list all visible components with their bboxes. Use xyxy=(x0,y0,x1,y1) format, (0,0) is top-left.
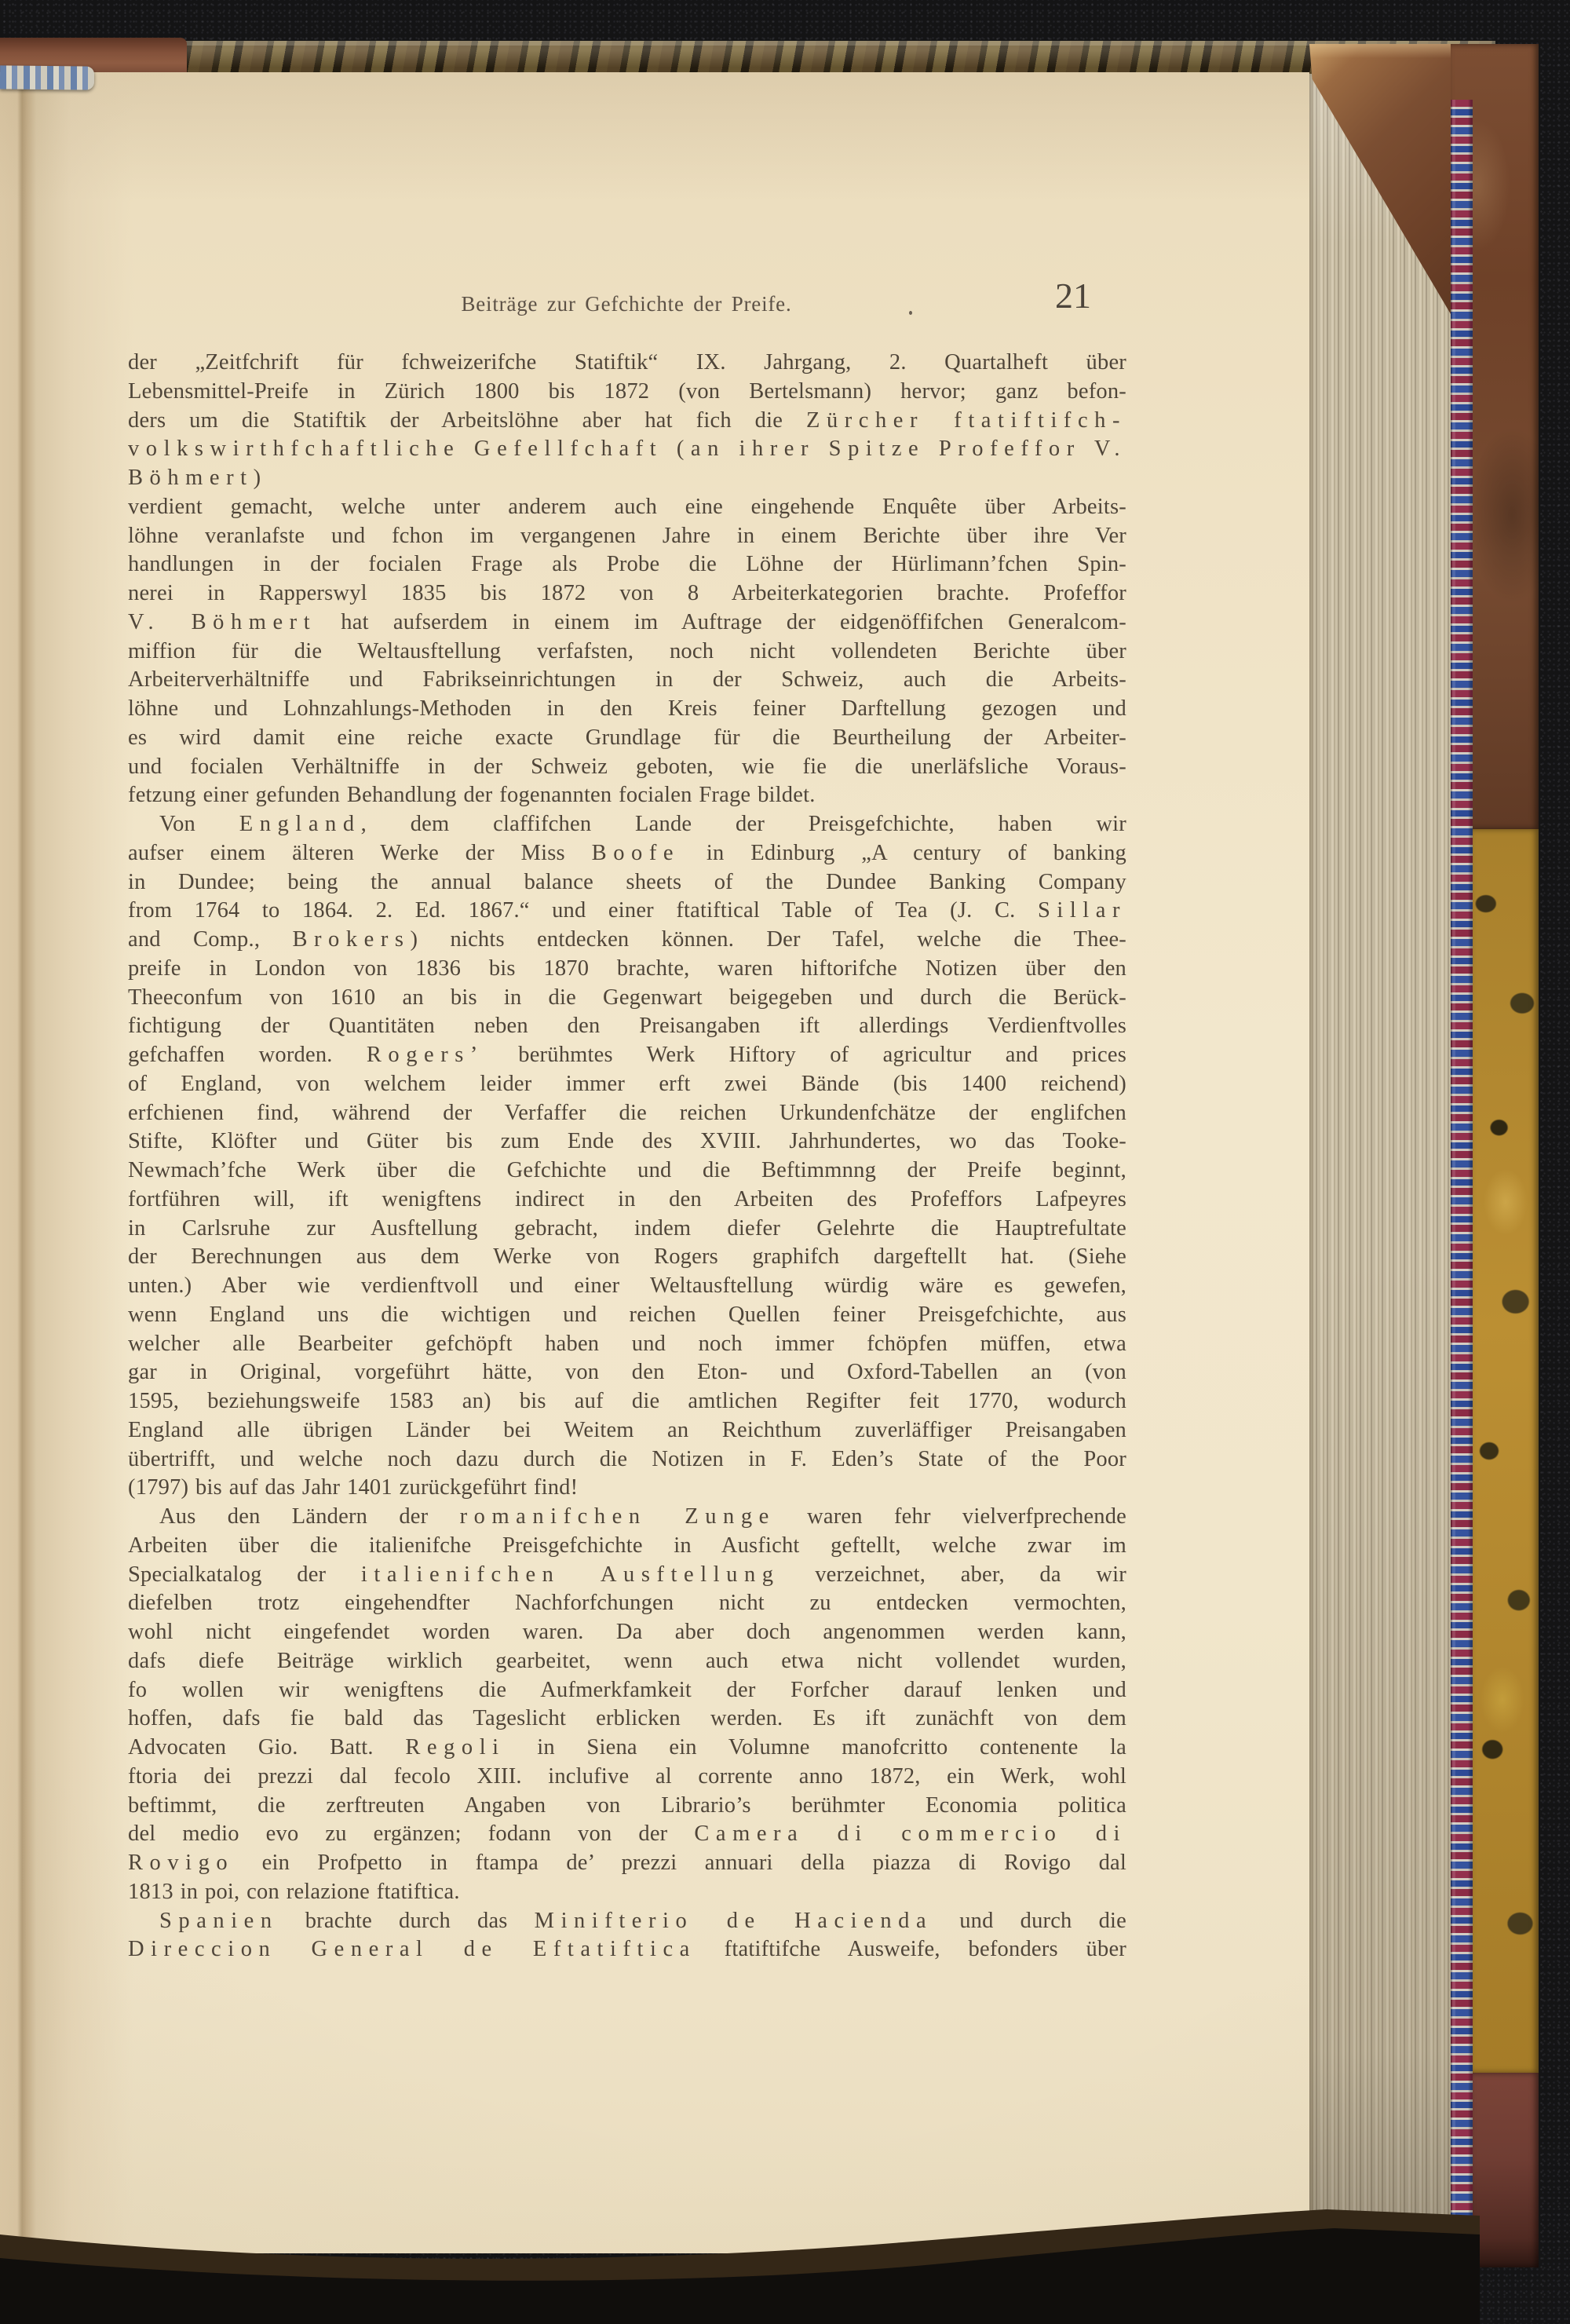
text-line: Specialkatalog der italienifchen Ausftel… xyxy=(128,1561,1126,1590)
running-header: Beiträge zur Gefchichte der Preife. xyxy=(128,292,1125,316)
text-line: nerei in Rapperswyl 1835 bis 1872 von 8 … xyxy=(128,579,1126,608)
letterspaced-text: volkswirthfchaftliche Gefellfchaft (an i… xyxy=(128,437,1126,490)
text-line: übertrifft, und welche noch dazu durch d… xyxy=(128,1445,1126,1474)
text-line: der „Zeitfchrift für fchweizerifche Stat… xyxy=(128,349,1126,378)
text-segment: Lebensmittel-Preife in Zürich 1800 bis 1… xyxy=(128,379,1126,404)
text-line: Von England, dem claffifchen Lande der P… xyxy=(128,810,1126,839)
text-segment: ftatiftifche Ausweife, befonders über xyxy=(696,1937,1126,1961)
text-segment: in Dundee; being the annual balance shee… xyxy=(128,870,1126,894)
text-line: del medio evo zu ergänzen; fodann von de… xyxy=(128,1820,1126,1849)
text-segment: Theeconfum von 1610 an bis in die Gegenw… xyxy=(128,985,1126,1010)
text-segment: ein Profpetto in ftampa de’ prezzi annua… xyxy=(234,1851,1126,1875)
text-line: Lebensmittel-Preife in Zürich 1800 bis 1… xyxy=(128,378,1126,407)
letterspaced-text: Direccion General de Eftatiftica xyxy=(128,1937,696,1961)
text-line: aufser einem älteren Werke der Miss Boof… xyxy=(128,839,1126,868)
text-line: welcher alle Bearbeiter gefchöpft haben … xyxy=(128,1330,1126,1359)
text-segment: hat aufserdem in einem im Auftrage der e… xyxy=(316,610,1126,634)
text-line: V. Böhmert hat aufserdem in einem im Auf… xyxy=(128,608,1126,638)
text-line: Advocaten Gio. Batt. Regoli in Siena ein… xyxy=(128,1734,1126,1763)
text-segment: beftimmt, die zerftreuten Angaben von Li… xyxy=(128,1793,1126,1818)
text-segment: of England, von welchem leider immer erf… xyxy=(128,1072,1126,1096)
text-line: of England, von welchem leider immer erf… xyxy=(128,1070,1126,1099)
text-segment: Advocaten Gio. Batt. xyxy=(128,1735,405,1759)
text-line: gefchaffen worden. Rogers’ berühmtes Wer… xyxy=(128,1041,1126,1070)
text-line: erfchienen find, während der Verfaffer d… xyxy=(128,1099,1126,1128)
text-line: preife in London von 1836 bis 1870 brach… xyxy=(128,955,1126,984)
text-segment: Stifte, Klöfter und Güter bis zum Ende d… xyxy=(128,1129,1126,1153)
fore-edge-pages xyxy=(1309,74,1451,2222)
text-line: löhne und Lohnzahlungs-Methoden in den K… xyxy=(128,695,1126,724)
text-segment: , dem claffifchen Lande der Preisgefchic… xyxy=(361,812,1126,836)
text-line: und focialen Verhältniffe in der Schweiz… xyxy=(128,753,1126,782)
text-line: 1813 in poi, con relazione ftatiftica. xyxy=(128,1878,1126,1907)
text-line: beftimmt, die zerftreuten Angaben von Li… xyxy=(128,1792,1126,1821)
text-line: Rovigo ein Profpetto in ftampa de’ prezz… xyxy=(128,1849,1126,1878)
letterspaced-text: Camera di commercio di xyxy=(694,1822,1126,1846)
text-segment: berühmtes Werk Hiftory of agricultur and… xyxy=(484,1043,1126,1067)
letterspaced-text: romanifchen Zunge xyxy=(460,1504,776,1529)
text-segment: and Comp., xyxy=(128,927,292,952)
text-line: Stifte, Klöfter und Güter bis zum Ende d… xyxy=(128,1127,1126,1157)
text-line: wohl nicht eingefendet worden waren. Da … xyxy=(128,1618,1126,1647)
text-segment: wenn England uns die wichtigen und reich… xyxy=(128,1303,1126,1327)
text-segment: Von xyxy=(159,812,239,836)
bottom-shadow xyxy=(0,2167,1570,2324)
text-segment: in Edinburg „A century of banking xyxy=(680,841,1126,865)
text-line: handlungen in der focialen Frage als Pro… xyxy=(128,550,1126,579)
text-line: fichtigung der Quantitäten neben den Pre… xyxy=(128,1012,1126,1041)
text-line: England alle übrigen Länder bei Weitem a… xyxy=(128,1416,1126,1445)
text-segment: aufser einem älteren Werke der Miss xyxy=(128,841,592,865)
text-segment: Arbeiterverhältniffe und Fabrikseinricht… xyxy=(128,667,1126,692)
text-line: 1595, beziehungsweife 1583 an) bis auf d… xyxy=(128,1387,1126,1416)
text-segment: und durch die xyxy=(933,1909,1126,1933)
text-line: der Berechnungen aus dem Werke von Roger… xyxy=(128,1243,1126,1272)
text-segment: gar in Original, vorgeführt hätte, von d… xyxy=(128,1360,1126,1384)
text-segment: es wird damit eine reiche exacte Grundla… xyxy=(128,725,1126,750)
text-line: from 1764 to 1864. 2. Ed. 1867.“ und ein… xyxy=(128,897,1126,926)
text-segment: fetzung einer gefunden Behandlung der fo… xyxy=(128,783,816,807)
text-segment: (1797) bis auf das Jahr 1401 zurückgefüh… xyxy=(128,1475,578,1500)
text-segment: erfchienen find, während der Verfaffer d… xyxy=(128,1101,1126,1125)
text-segment: übertrifft, und welche noch dazu durch d… xyxy=(128,1447,1126,1471)
text-segment: fichtigung der Quantitäten neben den Pre… xyxy=(128,1014,1126,1038)
letterspaced-text: Sillar xyxy=(1038,898,1126,923)
letterspaced-text: V. Böhmert xyxy=(128,610,316,634)
text-segment: dafs diefe Beiträge wirklich gearbeitet,… xyxy=(128,1649,1126,1673)
cover-board-marbled xyxy=(1473,829,1539,2073)
text-line: Arbeiten über die italienifche Preisgefc… xyxy=(128,1532,1126,1561)
text-segment: ders um die Statiftik der Arbeitslöhne a… xyxy=(128,408,806,433)
letterspaced-text: Rovigo xyxy=(128,1851,234,1875)
letterspaced-text: Brokers xyxy=(292,927,410,952)
text-line: fortführen will, ift wenigftens indirect… xyxy=(128,1186,1126,1215)
text-line: diefelben trotz eingehendfter Nachforfch… xyxy=(128,1589,1126,1618)
text-segment: waren fehr vielverfprechende xyxy=(776,1504,1126,1529)
text-segment: ) nichts entdecken können. Der Tafel, we… xyxy=(411,927,1126,952)
text-segment: wohl nicht eingefendet worden waren. Da … xyxy=(128,1620,1126,1644)
text-segment: fo wollen wir wenigftens die Aufmerkfamk… xyxy=(128,1678,1126,1702)
text-segment: löhne und Lohnzahlungs-Methoden in den K… xyxy=(128,696,1126,721)
letterspaced-text: Regoli xyxy=(405,1735,505,1759)
text-segment: in Siena ein Volumne manofcritto contene… xyxy=(506,1735,1126,1759)
text-segment: verdient gemacht, welche unter anderem a… xyxy=(128,495,1126,519)
text-line: fo wollen wir wenigftens die Aufmerkfamk… xyxy=(128,1676,1126,1705)
text-line: dafs diefe Beiträge wirklich gearbeitet,… xyxy=(128,1647,1126,1676)
text-segment: unten.) Aber wie verdienftvoll und einer… xyxy=(128,1273,1126,1298)
text-line: and Comp., Brokers) nichts entdecken kön… xyxy=(128,926,1126,955)
text-line: ders um die Statiftik der Arbeitslöhne a… xyxy=(128,407,1126,436)
letterspaced-text: Boofe xyxy=(592,841,680,865)
text-line: in Carlsruhe zur Ausftellung gebracht, i… xyxy=(128,1215,1126,1244)
text-segment: Aus den Ländern der xyxy=(159,1504,460,1529)
text-segment: der „Zeitfchrift für fchweizerifche Stat… xyxy=(128,350,1126,375)
text-line: fetzung einer gefunden Behandlung der fo… xyxy=(128,781,1126,810)
text-segment: England alle übrigen Länder bei Weitem a… xyxy=(128,1418,1126,1442)
text-segment: hoffen, dafs fie bald das Tageslicht erb… xyxy=(128,1706,1126,1730)
text-segment: del medio evo zu ergänzen; fodann von de… xyxy=(128,1822,694,1846)
text-line: (1797) bis auf das Jahr 1401 zurückgefüh… xyxy=(128,1474,1126,1503)
text-line: Newmach’fche Werk über die Gefchichte un… xyxy=(128,1157,1126,1186)
text-segment: der Berechnungen aus dem Werke von Roger… xyxy=(128,1244,1126,1269)
text-segment: handlungen in der focialen Frage als Pro… xyxy=(128,552,1126,576)
letterspaced-text: Rogers’ xyxy=(367,1043,484,1067)
text-segment: 1813 in poi, con relazione ftatiftica. xyxy=(128,1880,460,1904)
text-segment: löhne veranlafste und fchon im vergangen… xyxy=(128,524,1126,548)
text-line: Theeconfum von 1610 an bis in die Gegenw… xyxy=(128,984,1126,1013)
text-segment: 1595, beziehungsweife 1583 an) bis auf d… xyxy=(128,1389,1126,1413)
marbled-fly-edge xyxy=(1451,100,1473,2216)
text-segment: Newmach’fche Werk über die Gefchichte un… xyxy=(128,1158,1126,1182)
text-segment: diefelben trotz eingehendfter Nachforfch… xyxy=(128,1591,1126,1615)
text-line: es wird damit eine reiche exacte Grundla… xyxy=(128,724,1126,753)
text-line: ftoria dei prezzi dal fecolo XIII. inclu… xyxy=(128,1763,1126,1792)
text-line: Arbeiterverhältniffe und Fabrikseinricht… xyxy=(128,666,1126,695)
text-line: Aus den Ländern der romanifchen Zunge wa… xyxy=(128,1503,1126,1532)
page-number: 21 xyxy=(1022,275,1124,316)
text-line: volkswirthfchaftliche Gefellfchaft (an i… xyxy=(128,435,1126,493)
text-segment: miffion für die Weltausftellung verfafst… xyxy=(128,639,1126,663)
headband xyxy=(0,65,94,90)
text-segment: nerei in Rapperswyl 1835 bis 1872 von 8 … xyxy=(128,581,1126,605)
text-segment: brachte durch das xyxy=(279,1909,535,1933)
text-line: gar in Original, vorgeführt hätte, von d… xyxy=(128,1358,1126,1387)
text-segment: ftoria dei prezzi dal fecolo XIII. inclu… xyxy=(128,1764,1126,1789)
text-line: hoffen, dafs fie bald das Tageslicht erb… xyxy=(128,1705,1126,1734)
text-segment: preife in London von 1836 bis 1870 brach… xyxy=(128,956,1126,981)
text-segment: und focialen Verhältniffe in der Schweiz… xyxy=(128,755,1126,779)
text-line: miffion für die Weltausftellung verfafst… xyxy=(128,638,1126,667)
text-line: Direccion General de Eftatiftica ftatift… xyxy=(128,1935,1126,1964)
text-line: wenn England uns die wichtigen und reich… xyxy=(128,1301,1126,1330)
book-top-edge xyxy=(0,41,1495,75)
letterspaced-text: Spanien xyxy=(159,1909,279,1933)
text-line: in Dundee; being the annual balance shee… xyxy=(128,868,1126,897)
text-segment: in Carlsruhe zur Ausftellung gebracht, i… xyxy=(128,1216,1126,1241)
text-line: unten.) Aber wie verdienftvoll und einer… xyxy=(128,1272,1126,1301)
text-line: verdient gemacht, welche unter anderem a… xyxy=(128,493,1126,522)
text-segment: welcher alle Bearbeiter gefchöpft haben … xyxy=(128,1332,1126,1356)
text-segment: fortführen will, ift wenigftens indirect… xyxy=(128,1187,1126,1211)
letterspaced-text: England xyxy=(239,812,361,836)
letterspaced-text: Zürcher ftatiftifch- xyxy=(806,408,1126,433)
text-segment: from 1764 to 1864. 2. Ed. 1867.“ und ein… xyxy=(128,898,1038,923)
text-segment: Specialkatalog der xyxy=(128,1562,361,1587)
book-scan: Beiträge zur Gefchichte der Preife. 21 d… xyxy=(0,0,1570,2324)
text-block: der „Zeitfchrift für fchweizerifche Stat… xyxy=(128,349,1126,1964)
text-segment: verzeichnet, aber, da wir xyxy=(780,1562,1126,1587)
text-segment: gefchaffen worden. xyxy=(128,1043,367,1067)
text-line: löhne veranlafste und fchon im vergangen… xyxy=(128,522,1126,551)
letterspaced-text: italienifchen Ausftellung xyxy=(361,1562,780,1587)
text-line: Spanien brachte durch das Minifterio de … xyxy=(128,1907,1126,1936)
text-segment: Arbeiten über die italienifche Preisgefc… xyxy=(128,1533,1126,1558)
ink-speck xyxy=(909,311,912,315)
letterspaced-text: Minifterio de Hacienda xyxy=(535,1909,933,1933)
